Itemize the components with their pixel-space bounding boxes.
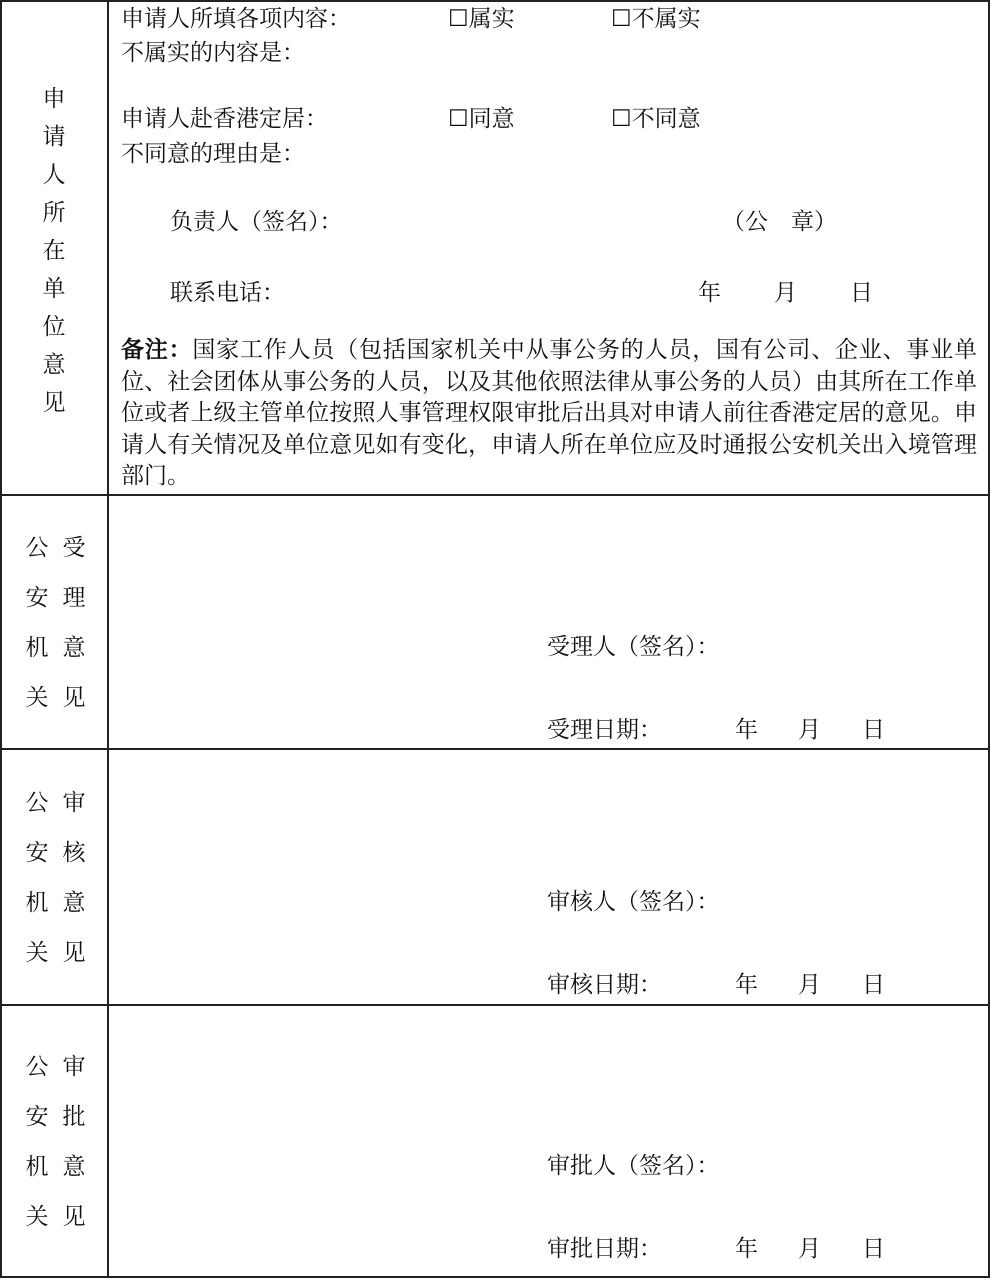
review-date-label: 审核日期： xyxy=(547,970,662,1000)
approver-sign-label: 审批人（签名）： xyxy=(547,1151,720,1181)
label-char: 请 xyxy=(39,122,69,152)
label-char: 受 xyxy=(59,533,89,563)
checkbox-disagree[interactable]: ☐不同意 xyxy=(611,104,701,134)
label-char: 见 xyxy=(39,388,69,418)
false-content-label: 不属实的内容是： xyxy=(121,38,305,68)
note-label: 备注： xyxy=(121,336,192,363)
acceptor-sign-label: 受理人（签名）： xyxy=(547,632,720,662)
label-char: 理 xyxy=(59,583,89,613)
label-char: 核 xyxy=(59,838,89,868)
disagree-reason-label: 不同意的理由是： xyxy=(121,139,305,169)
table-border-top xyxy=(0,0,990,2)
label-char: 审 xyxy=(59,788,89,818)
row-divider xyxy=(0,748,990,750)
day-label: 日 xyxy=(862,715,885,745)
label-char: 安 xyxy=(22,1102,52,1132)
form-page: 申 请 人 所 在 单 位 意 见 申请人所填各项内容： ☐属实 ☐不属实 不属… xyxy=(0,0,992,1280)
label-char: 见 xyxy=(59,938,89,968)
month-label: 月 xyxy=(774,278,797,308)
label-char: 意 xyxy=(59,633,89,663)
year-label: 年 xyxy=(735,715,758,745)
label-char: 公 xyxy=(22,1052,52,1082)
year-label: 年 xyxy=(735,970,758,1000)
approval-date-label: 审批日期： xyxy=(547,1234,662,1264)
label-char: 审 xyxy=(59,1052,89,1082)
day-label: 日 xyxy=(862,970,885,1000)
label-char: 机 xyxy=(22,1152,52,1182)
label-char: 关 xyxy=(22,1202,52,1232)
checkbox-true[interactable]: ☐属实 xyxy=(448,4,515,34)
day-label: 日 xyxy=(862,1234,885,1264)
label-char: 意 xyxy=(59,1152,89,1182)
label-char: 安 xyxy=(22,838,52,868)
responsible-sign-label: 负责人（签名）： xyxy=(170,207,343,237)
content-question: 申请人所填各项内容： xyxy=(121,4,351,34)
row-divider xyxy=(0,494,990,496)
label-char: 机 xyxy=(22,633,52,663)
year-label: 年 xyxy=(698,278,721,308)
reviewer-sign-label: 审核人（签名）： xyxy=(547,887,720,917)
label-char: 关 xyxy=(22,683,52,713)
label-char: 单 xyxy=(39,274,69,304)
label-char: 申 xyxy=(39,84,69,114)
table-border-bottom xyxy=(0,1276,990,1278)
label-char: 位 xyxy=(39,312,69,342)
day-label: 日 xyxy=(850,278,873,308)
label-char: 公 xyxy=(22,788,52,818)
settle-question: 申请人赴香港定居： xyxy=(121,104,328,134)
note-paragraph: 备注：国家工作人员（包括国家机关中从事公务的人员，国有公司、企业、事业单位、社会… xyxy=(121,334,977,493)
label-char: 公 xyxy=(22,533,52,563)
month-label: 月 xyxy=(798,715,821,745)
label-char: 见 xyxy=(59,1202,89,1232)
label-char: 关 xyxy=(22,938,52,968)
row-divider xyxy=(0,1004,990,1006)
label-char: 安 xyxy=(22,583,52,613)
label-char: 见 xyxy=(59,683,89,713)
table-border-left xyxy=(0,0,2,1278)
column-divider xyxy=(107,0,109,1278)
label-char: 机 xyxy=(22,888,52,918)
year-label: 年 xyxy=(735,1234,758,1264)
label-char: 意 xyxy=(59,888,89,918)
phone-label: 联系电话： xyxy=(170,278,285,308)
label-char: 在 xyxy=(39,236,69,266)
table-border-right xyxy=(988,0,990,1278)
checkbox-agree[interactable]: ☐同意 xyxy=(448,104,515,134)
checkbox-false[interactable]: ☐不属实 xyxy=(611,4,701,34)
official-seal-label: （公 章） xyxy=(722,207,837,237)
note-text: 国家工作人员（包括国家机关中从事公务的人员，国有公司、企业、事业单位、社会团体从… xyxy=(121,337,977,489)
acceptance-date-label: 受理日期： xyxy=(547,715,662,745)
month-label: 月 xyxy=(798,970,821,1000)
label-char: 批 xyxy=(59,1102,89,1132)
label-char: 所 xyxy=(39,198,69,228)
month-label: 月 xyxy=(798,1234,821,1264)
label-char: 意 xyxy=(39,350,69,380)
label-char: 人 xyxy=(39,160,69,190)
